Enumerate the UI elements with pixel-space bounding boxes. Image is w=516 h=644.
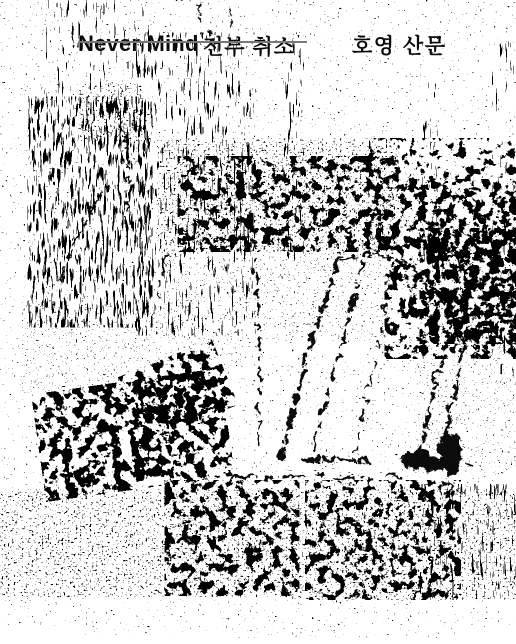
title-row: Never Mind 전부 취소 호영 산문 [0, 0, 516, 70]
byline: 호영 산문 [352, 30, 446, 60]
speckle-regions [15, 0, 512, 636]
texture-region [420, 338, 512, 468]
texture-region [100, 598, 440, 636]
texture-region [28, 304, 144, 388]
texture-region [494, 60, 512, 352]
book-cover: Never Mind 전부 취소 호영 산문 [0, 0, 516, 644]
xerox-texture [0, 0, 516, 644]
texture-region [428, 494, 508, 590]
texture-region [178, 244, 383, 336]
texture-region [196, 164, 380, 244]
title-latin: Never Mind [78, 31, 199, 57]
texture-stroke [300, 457, 368, 459]
texture-region [38, 116, 142, 308]
texture-region [176, 490, 288, 586]
strikethrough-line [79, 41, 307, 43]
title-korean: 전부 취소 [203, 31, 295, 61]
